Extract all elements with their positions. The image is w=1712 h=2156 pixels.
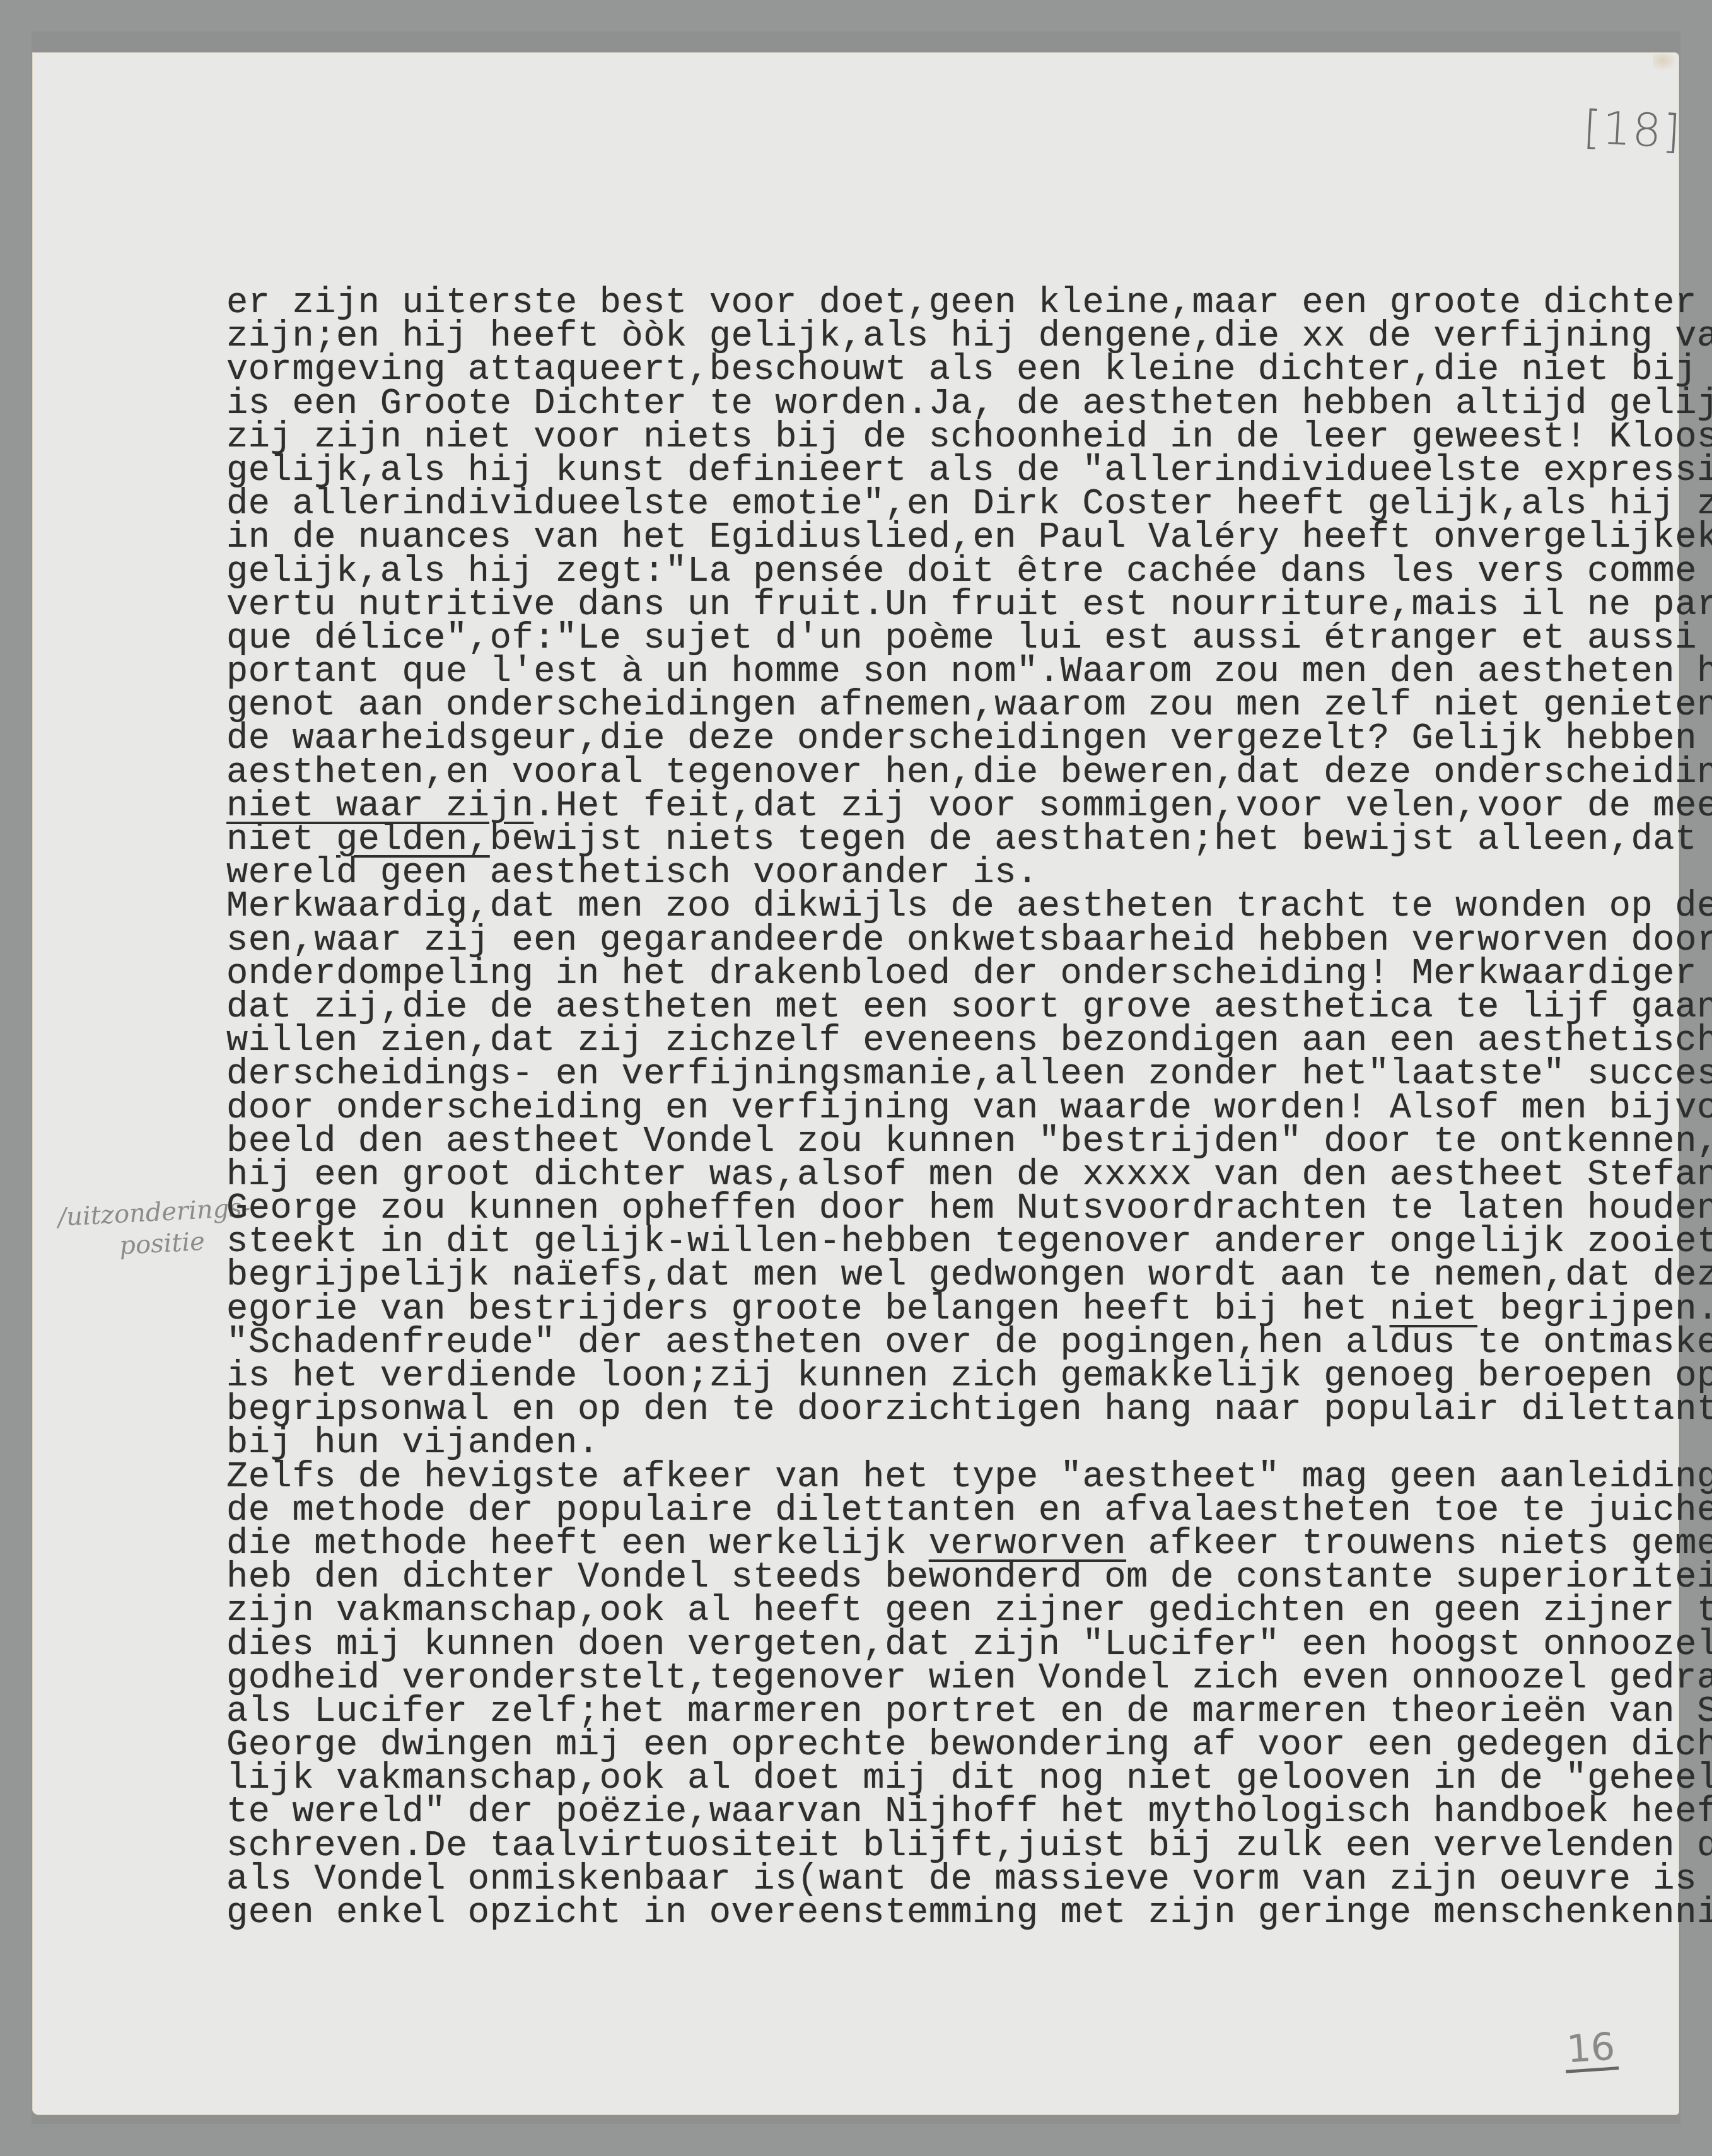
typescript-line: egorie van bestrijders groote belangen h… bbox=[226, 1293, 1712, 1327]
archive-page-marker: [18] bbox=[1582, 100, 1683, 158]
typescript-line: vertu nutritive dans un fruit.Un fruit e… bbox=[226, 589, 1712, 622]
typescript-line: vormgeving attaqueert,beschouwt als een … bbox=[226, 354, 1712, 387]
typescript-line: steekt in dit gelijk-willen-hebben tegen… bbox=[226, 1226, 1712, 1259]
typescript-line: wereld geen aesthetisch voorander is. bbox=[226, 857, 1712, 890]
typescript-line: onderdompeling in het drakenbloed der on… bbox=[226, 958, 1712, 991]
margin-annotation: /uitzonderings- positie bbox=[57, 1192, 253, 1265]
typescript-line: Zelfs de hevigste afkeer van het type "a… bbox=[226, 1461, 1712, 1495]
typescript-line: willen zien,dat zij zichzelf eveneens be… bbox=[226, 1025, 1712, 1058]
typescript-line: is het verdiende loon;zij kunnen zich ge… bbox=[226, 1360, 1712, 1394]
typescript-line: portant que l'est à un homme son nom".Wa… bbox=[226, 656, 1712, 689]
typescript-line: derscheidings- en verfijningsmanie,allee… bbox=[226, 1058, 1712, 1092]
typescript-line: de methode der populaire dilettanten en … bbox=[226, 1495, 1712, 1528]
typescript-line: hij een groot dichter was,alsof men de x… bbox=[226, 1159, 1712, 1192]
typescript-line: begripsonwal en op den te doorzichtigen … bbox=[226, 1394, 1712, 1427]
typescript-line: "Schadenfreude" der aestheten over de po… bbox=[226, 1327, 1712, 1360]
typescript-line: die methode heeft een werkelijk verworve… bbox=[226, 1528, 1712, 1561]
typescript-line: heb den dichter Vondel steeds bewonderd … bbox=[226, 1561, 1712, 1595]
typescript-line: zijn;en hij heeft òòk gelijk,als hij den… bbox=[226, 320, 1712, 354]
typescript-line: Merkwaardig,dat men zoo dikwijls de aest… bbox=[226, 890, 1712, 924]
typescript-line: gelijk,als hij zegt:"La pensée doit être… bbox=[226, 556, 1712, 589]
typescript-line: begrijpelijk naïefs,dat men wel gedwonge… bbox=[226, 1259, 1712, 1293]
typescript-line: door onderscheiding en verfijning van wa… bbox=[226, 1092, 1712, 1126]
typescript-line: dat zij,die de aestheten met een soort g… bbox=[226, 991, 1712, 1025]
typescript-line: gelijk,als hij kunst definieert als de "… bbox=[226, 455, 1712, 488]
typescript-line: er zijn uiterste best voor doet,geen kle… bbox=[226, 287, 1712, 320]
corner-stain bbox=[1653, 54, 1678, 71]
typescript-line: sen,waar zij een gegarandeerde onkwetsba… bbox=[226, 924, 1712, 958]
page-number: 16 bbox=[1563, 2027, 1619, 2073]
typescript-line: George zou kunnen opheffen door hem Nuts… bbox=[226, 1192, 1712, 1226]
typescript-line: que délice",of:"Le sujet d'un poème lui … bbox=[226, 622, 1712, 656]
typescript-body: er zijn uiterste best voor doet,geen kle… bbox=[226, 287, 1712, 1930]
typescript-line: genot aan onderscheidingen afnemen,waaro… bbox=[226, 689, 1712, 723]
typescript-line: in de nuances van het Egidiuslied,en Pau… bbox=[226, 522, 1712, 555]
typescript-line: als Vondel onmiskenbaar is(want de massi… bbox=[226, 1863, 1712, 1897]
typescript-line: als Lucifer zelf;het marmeren portret en… bbox=[226, 1696, 1712, 1729]
typescript-line: zijn vakmanschap,ook al heeft geen zijne… bbox=[226, 1595, 1712, 1628]
typescript-line: bij hun vijanden. bbox=[226, 1427, 1712, 1460]
typescript-line: zij zijn niet voor niets bij de schoonhe… bbox=[226, 421, 1712, 455]
typescript-line: is een Groote Dichter te worden.Ja, de a… bbox=[226, 388, 1712, 421]
typescript-line: lijk vakmanschap,ook al doet mij dit nog… bbox=[226, 1763, 1712, 1796]
typescript-line: de waarheidsgeur,die deze onderscheiding… bbox=[226, 723, 1712, 756]
typescript-line: aestheten,en vooral tegenover hen,die be… bbox=[226, 757, 1712, 790]
typescript-line: geen enkel opzicht in overeenstemming me… bbox=[226, 1897, 1712, 1930]
typescript-line: schreven.De taalvirtuositeit blijft,juis… bbox=[226, 1830, 1712, 1863]
typescript-line: niet waar zijn.Het feit,dat zij voor som… bbox=[226, 790, 1712, 824]
typescript-line: de allerindividueelste emotie",en Dirk C… bbox=[226, 488, 1712, 522]
typescript-line: George dwingen mij een oprechte bewonder… bbox=[226, 1729, 1712, 1763]
typescript-line: niet gelden,bewijst niets tegen de aesth… bbox=[226, 824, 1712, 857]
typescript-line: godheid veronderstelt,tegenover wien Von… bbox=[226, 1662, 1712, 1696]
typescript-line: beeld den aestheet Vondel zou kunnen "be… bbox=[226, 1126, 1712, 1159]
typescript-line: dies mij kunnen doen vergeten,dat zijn "… bbox=[226, 1629, 1712, 1662]
typescript-line: te wereld" der poëzie,waarvan Nijhoff he… bbox=[226, 1796, 1712, 1829]
